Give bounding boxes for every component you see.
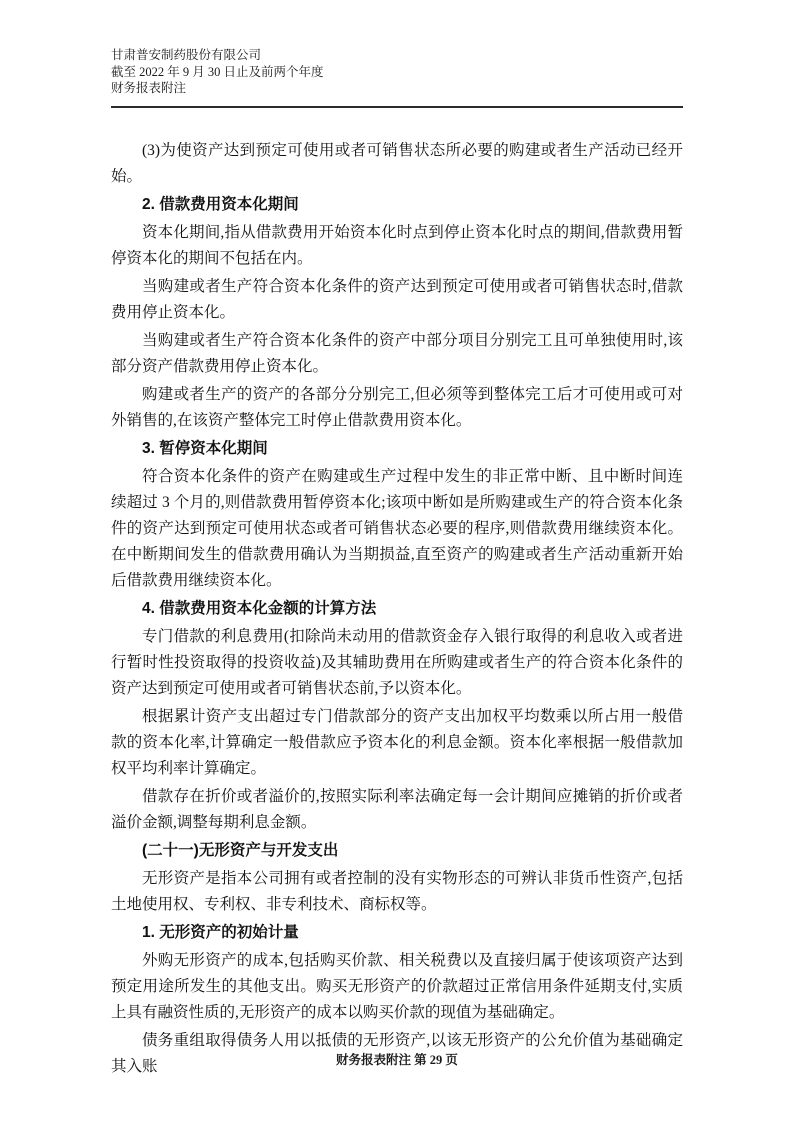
company-name: 甘肃普安制药股份有限公司 <box>111 47 683 64</box>
body-paragraph: (3)为使资产达到预定可使用或者可销售状态所必要的购建或者生产活动已经开始。 <box>111 138 683 190</box>
document-title: 财务报表附注 <box>111 80 683 97</box>
header-divider <box>111 106 683 108</box>
report-period: 截至 2022 年 9 月 30 日止及前两个年度 <box>111 64 683 81</box>
section-heading: 3. 暂停资本化期间 <box>111 436 683 462</box>
section-heading: 2. 借款费用资本化期间 <box>111 192 683 218</box>
body-paragraph: 借款存在折价或者溢价的,按照实际利率法确定每一会计期间应摊销的折价或者溢价金额,… <box>111 784 683 836</box>
section-heading: 1. 无形资产的初始计量 <box>111 920 683 946</box>
page-number-label: 财务报表附注 第 29 页 <box>336 1053 458 1067</box>
body-paragraph: 专门借款的利息费用(扣除尚未动用的借款资金存入银行取得的利息收入或者进行暂时性投… <box>111 624 683 702</box>
body-paragraph: 当购建或者生产符合资本化条件的资产中部分项目分别完工且可单独使用时,该部分资产借… <box>111 328 683 380</box>
body-paragraph: 符合资本化条件的资产在购建或生产过程中发生的非正常中断、且中断时间连续超过 3 … <box>111 464 683 594</box>
content-column: 甘肃普安制药股份有限公司 截至 2022 年 9 月 30 日止及前两个年度 财… <box>111 47 683 1082</box>
section-heading: (二十一)无形资产与开发支出 <box>111 838 683 864</box>
document-body: (3)为使资产达到预定可使用或者可销售状态所必要的购建或者生产活动已经开始。 2… <box>111 138 683 1080</box>
body-paragraph: 外购无形资产的成本,包括购买价款、相关税费以及直接归属于使该项资产达到预定用途所… <box>111 948 683 1026</box>
page-header: 甘肃普安制药股份有限公司 截至 2022 年 9 月 30 日止及前两个年度 财… <box>111 47 683 108</box>
body-paragraph: 购建或者生产的资产的各部分分别完工,但必须等到整体完工后才可使用或可对外销售的,… <box>111 382 683 434</box>
document-page: 甘肃普安制药股份有限公司 截至 2022 年 9 月 30 日止及前两个年度 财… <box>0 0 793 1122</box>
body-paragraph: 当购建或者生产符合资本化条件的资产达到预定可使用或者可销售状态时,借款费用停止资… <box>111 274 683 326</box>
body-paragraph: 资本化期间,指从借款费用开始资本化时点到停止资本化时点的期间,借款费用暂停资本化… <box>111 220 683 272</box>
section-heading: 4. 借款费用资本化金额的计算方法 <box>111 596 683 622</box>
body-paragraph: 无形资产是指本公司拥有或者控制的没有实物形态的可辨认非货币性资产,包括土地使用权… <box>111 866 683 918</box>
page-footer: 财务报表附注 第 29 页 <box>111 1052 683 1068</box>
body-paragraph: 根据累计资产支出超过专门借款部分的资产支出加权平均数乘以所占用一般借款的资本化率… <box>111 704 683 782</box>
